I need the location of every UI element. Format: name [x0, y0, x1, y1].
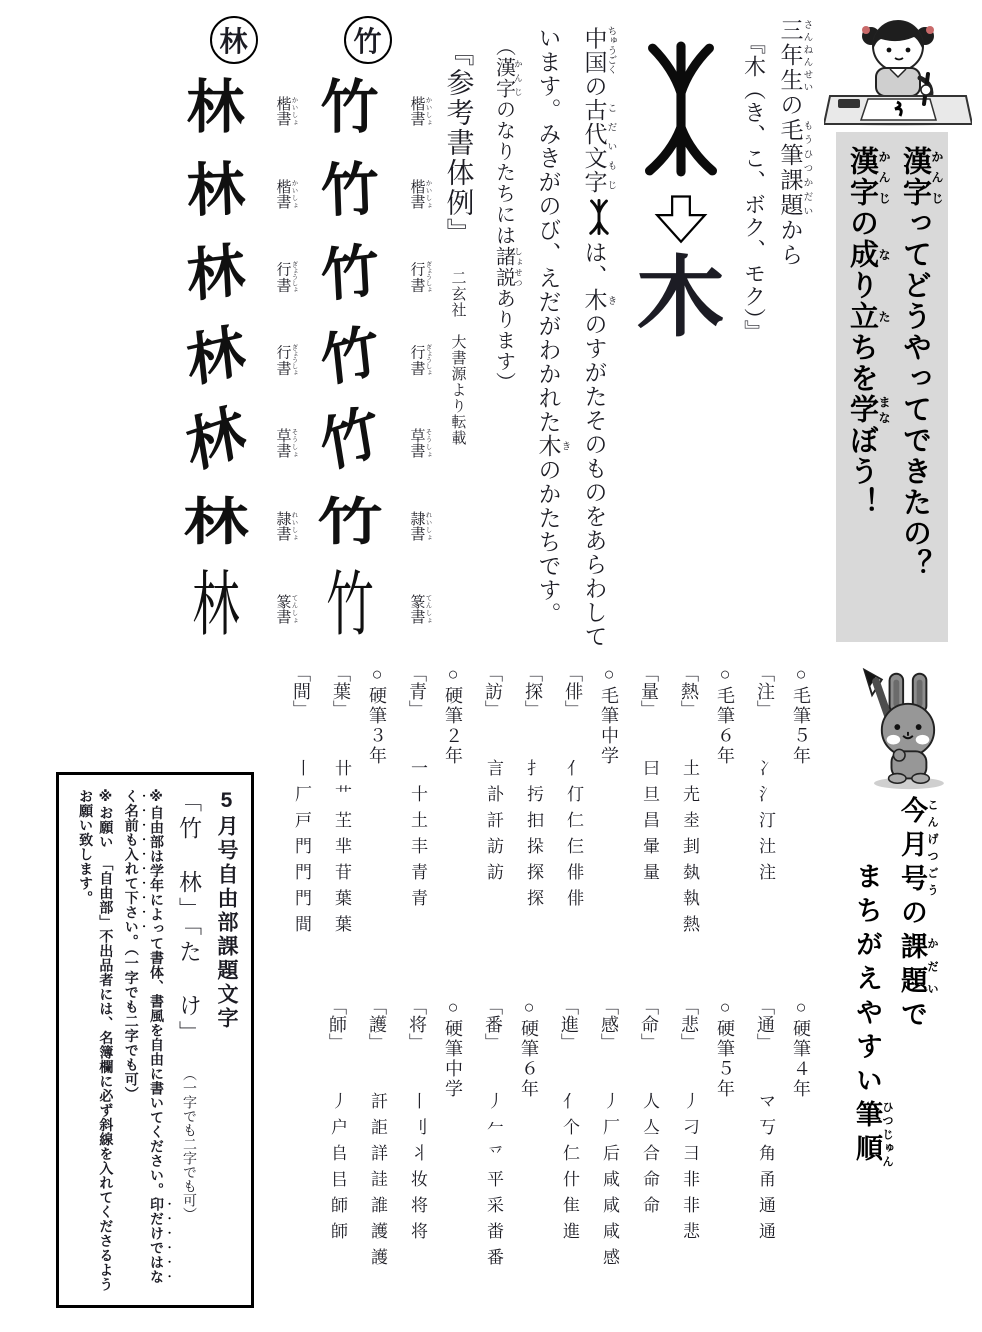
- stroke-step: 冫: [753, 759, 778, 776]
- calligraphy-sample: 竹 楷書かいしょ: [304, 149, 432, 232]
- kanji-stroke-column: 「命」 人亼合命命: [636, 995, 662, 1328]
- script-style-label: 楷書かいしょ: [396, 90, 432, 126]
- stroke-steps: 丿厂后咸咸咸感: [599, 1083, 619, 1265]
- stroke-step: 汀: [753, 811, 778, 828]
- stroke-steps: 丨厂戸門門門間: [291, 750, 311, 932]
- kanji-stroke-column: 「進」 亻个仁什隹進: [556, 995, 582, 1328]
- stroke-step: 埶: [677, 863, 702, 880]
- stroke-step: 咸: [597, 1222, 622, 1239]
- stroke-step: 刁: [677, 1118, 702, 1135]
- stroke-step: 門: [289, 863, 314, 880]
- stroke-step: 咸: [597, 1196, 622, 1213]
- kanji-label: 「命」: [636, 997, 662, 1051]
- calligraphy-sample-columns: 竹 竹 楷書かいしょ 竹 楷書かいしょ 竹 行書ぎょうしょ 竹: [170, 10, 432, 662]
- grade-heading: ○硬筆３年: [364, 662, 390, 995]
- kanji-stroke-column: 「注」 冫氵汀汢注: [752, 662, 778, 995]
- stroke-step: 汢: [753, 837, 778, 854]
- sample-character: 竹: [301, 318, 399, 396]
- sample-character: 林: [168, 239, 263, 308]
- calligraphy-sample: 竹 行書ぎょうしょ: [304, 315, 432, 398]
- notice-note-2: ※お願い 「自由部」不出品者には、名簿欄に必ず斜線を入れてくださるようお願い致し…: [76, 789, 117, 1295]
- grade-heading: ○硬筆中学: [440, 995, 466, 1328]
- grade-group: ○硬筆３年 「葉」 卄艹芏芈苷葉葉 「間」: [288, 662, 390, 995]
- kanji-label: 「進」: [556, 997, 582, 1051]
- kanji-label: 「悲」: [676, 997, 702, 1051]
- stroke-step: 扌: [521, 759, 546, 776]
- kanji-origin-section: 漢字かんじってどうやってできたの？ 漢字かんじの成なり立たちを学まなぼう！ 三年…: [0, 0, 982, 662]
- kanji-columns: 「番」 丿𠂉乊平采畨番: [480, 995, 506, 1328]
- grade-group: ○硬筆５年 「悲」 丿刁彐非非悲 「命」: [556, 995, 738, 1328]
- stroke-step: 感: [597, 1248, 622, 1265]
- stroke-step: 艹: [329, 785, 354, 802]
- script-style-label: 行書ぎょうしょ: [396, 255, 432, 293]
- notice-subject-note: （一字でも二字でも可）: [178, 1067, 198, 1221]
- down-arrow-icon: [650, 194, 712, 246]
- grade-group: ○硬筆２年 「青」 一十土丰青青: [404, 662, 466, 995]
- script-style-label: 行書ぎょうしょ: [262, 338, 298, 376]
- stroke-step: 角: [753, 1144, 778, 1161]
- kanji-stroke-column: 「訪」 言訃訐訪訪: [480, 662, 506, 995]
- grade-heading: ○硬筆５年: [712, 995, 738, 1328]
- notice-note-1-post: （一字でも二字でも可）: [124, 949, 140, 1102]
- stroke-step: 探: [521, 889, 546, 906]
- script-style-label: 行書ぎょうしょ: [396, 338, 432, 376]
- grade-heading: ○毛筆５年: [788, 662, 814, 995]
- stroke-step: 訃: [481, 785, 506, 802]
- paragraph-part-1: 中国ちゅうごくの古代文字こだいもじ: [582, 26, 607, 194]
- sample-character: 竹: [298, 497, 401, 548]
- calligraphy-sample: 林 篆書てんしょ: [170, 564, 298, 647]
- calligraphy-sample: 林 行書ぎょうしょ: [170, 315, 298, 398]
- sample-list: 林 楷書かいしょ 林 楷書かいしょ 林 行書ぎょうしょ 林 行書ぎょうしょ: [170, 66, 298, 647]
- stroke-step: 悲: [677, 1222, 702, 1239]
- ancient-tree-glyph-small: [587, 198, 611, 236]
- script-style-label: 篆書てんしょ: [396, 588, 432, 624]
- kanji-label: 「将」: [404, 997, 430, 1051]
- grade-group: ○硬筆６年 「番」 丿𠂉乊平采畨番: [480, 995, 542, 1328]
- stroke-order-rows: ○毛筆５年 「注」 冫氵汀汢注 ○毛筆６年: [266, 662, 814, 1328]
- grade-heading: ○硬筆４年: [788, 995, 814, 1328]
- stroke-step: 詿: [365, 1170, 390, 1187]
- stroke-order-title: 今月号こんげつごうの課題かだいで まちがえやすい筆順ひつじゅん: [848, 796, 938, 1326]
- sample-character: 林: [178, 570, 253, 641]
- sample-character: 林: [169, 160, 263, 221]
- notice-title: 5月号自由部課題文字: [211, 789, 241, 1295]
- stroke-step: 乊: [481, 1144, 506, 1161]
- circled-kanji: 竹: [344, 16, 392, 64]
- calligraphy-sample: 林 行書ぎょうしょ: [170, 232, 298, 315]
- stroke-step: 彐: [677, 1144, 702, 1161]
- sample-character: 林: [165, 395, 265, 484]
- stroke-step: 将: [405, 1196, 430, 1213]
- stroke-step: 一: [405, 759, 430, 776]
- kanji-stroke-column: 「間」 丨厂戸門門門間: [288, 662, 314, 995]
- kanji-label: 「葉」: [328, 664, 354, 718]
- sample-character: 林: [164, 497, 267, 548]
- calligraphy-sample: 竹 行書ぎょうしょ: [304, 232, 432, 315]
- stroke-step: 訪: [481, 837, 506, 854]
- stroke-step: 丨: [289, 759, 314, 776]
- stroke-step: 十: [405, 785, 430, 802]
- stroke-step: 什: [557, 1170, 582, 1187]
- stroke-step: 圥: [677, 785, 702, 802]
- stroke-step: 師: [325, 1222, 350, 1239]
- stroke-steps: 丿𠂉乊平采畨番: [483, 1083, 503, 1265]
- reference-column: 『参考書体例』 二玄社 大書源より転載: [438, 10, 478, 662]
- stroke-step: 量: [637, 863, 662, 880]
- stroke-steps: 曰旦昌暈量: [639, 750, 659, 880]
- circled-kanji: 林: [210, 16, 258, 64]
- stroke-step: 厂: [597, 1118, 622, 1135]
- stroke-step: 命: [637, 1170, 662, 1187]
- kanji-label: 「師」: [324, 997, 350, 1051]
- grade-group: ○硬筆４年 「通」 マ丂角甬通通: [752, 995, 814, 1328]
- stroke-step: 執: [677, 889, 702, 906]
- disclaimer-note: （漢字かんじのなりたちには諸説しょせつあります）: [490, 10, 523, 662]
- stroke-step: 探: [521, 863, 546, 880]
- subject-heading: 『木（き、こ、ボク、モク）』: [739, 10, 770, 662]
- calligraphy-sample-column: 竹 竹 楷書かいしょ 竹 楷書かいしょ 竹 行書ぎょうしょ 竹: [304, 10, 432, 647]
- kanji-label: 「番」: [480, 997, 506, 1051]
- sample-character: 林: [167, 318, 265, 396]
- stroke-step: 言: [481, 759, 506, 776]
- stroke-step: 昌: [637, 811, 662, 828]
- calligraphy-sample-column: 林 林 楷書かいしょ 林 楷書かいしょ 林 行書ぎょうしょ 林: [170, 10, 298, 647]
- stroke-step: 通: [753, 1222, 778, 1239]
- stroke-step: 護: [365, 1222, 390, 1239]
- stroke-steps: 土圥坴刲埶執熱: [679, 750, 699, 932]
- calligraphy-sample: 竹 楷書かいしょ: [304, 66, 432, 149]
- stroke-step: 隹: [557, 1196, 582, 1213]
- calligraphy-sample: 林 草書そうしょ: [170, 398, 298, 481]
- stroke-step: 苷: [329, 863, 354, 880]
- stroke-step: 土: [405, 811, 430, 828]
- stroke-step: 俳: [561, 889, 586, 906]
- stroke-step: 丨: [405, 1092, 430, 1109]
- stroke-order-title-line-1: 今月号こんげつごうの課題かだいで: [893, 796, 938, 1326]
- sample-character: 竹: [304, 79, 396, 137]
- stroke-step: 将: [405, 1222, 430, 1239]
- stroke-step: 挆: [521, 837, 546, 854]
- kanji-label: 「探」: [520, 664, 546, 718]
- notice-subject-characters: 「竹 林」「た け」: [176, 789, 201, 1048]
- kanji-label: 「通」: [752, 997, 778, 1051]
- stroke-steps: 訐詎詳詿誰護護: [367, 1083, 387, 1265]
- stroke-step: 丂: [753, 1118, 778, 1135]
- kanji-stroke-column: 「葉」 卄艹芏芈苷葉葉: [328, 662, 354, 995]
- calligraphy-sample: 林 楷書かいしょ: [170, 66, 298, 149]
- explanation-paragraph: 中国ちゅうごくの古代文字こだいもじ は、木きのすがたそのものをあらわしています。…: [525, 10, 617, 666]
- character-evolution: 木: [625, 10, 737, 344]
- script-style-label: 草書そうしょ: [396, 422, 432, 458]
- course-heading: 三年生さんねんせいの毛筆課題もうひつかだいから: [774, 10, 813, 662]
- reference-title: 『参考書体例』: [443, 38, 474, 248]
- kanji-stroke-column: 「俳」 亻仃仁仨俳俳: [560, 662, 586, 995]
- stroke-step: 師: [325, 1196, 350, 1213]
- kanji-columns: 「悲」 丿刁彐非非悲 「命」 人亼合命命 「感」: [556, 995, 702, 1328]
- stroke-step: 誰: [365, 1196, 390, 1213]
- notice-subject: 「竹 林」「た け」 （一字でも二字でも可）: [172, 789, 205, 1295]
- stroke-step: 卄: [329, 759, 354, 776]
- kanji-label: 「青」: [404, 664, 430, 718]
- newsletter-page: { "header": { "title_line1": [{"t":"漢字",…: [0, 0, 982, 1332]
- grade-heading: ○毛筆６年: [712, 662, 738, 995]
- modern-tree-character: 木: [625, 256, 737, 344]
- kanji-label: 「注」: [752, 664, 778, 718]
- kanji-label: 「量」: [636, 664, 662, 718]
- stroke-step: 丰: [405, 837, 430, 854]
- stroke-step: 注: [753, 863, 778, 880]
- stroke-step: 進: [557, 1222, 582, 1239]
- kanji-columns: 「熱」 土圥坴刲埶執熱 「量」 曰旦昌暈量: [636, 662, 702, 995]
- rabbit-brush-illustration: [848, 666, 966, 792]
- stroke-step: 仁: [561, 811, 586, 828]
- kanji-stroke-column: 「通」 マ丂角甬通通: [752, 995, 778, 1328]
- stroke-step: 采: [481, 1196, 506, 1213]
- stroke-step: 戸: [289, 811, 314, 828]
- stroke-step: 刂: [405, 1118, 430, 1135]
- notice-title-text: 月号自由部課題文字: [215, 815, 238, 1031]
- calligraphy-sample: 竹 草書そうしょ: [304, 398, 432, 481]
- stroke-step: 亻: [561, 759, 586, 776]
- stroke-step: 坴: [677, 811, 702, 828]
- stroke-step: 户: [325, 1118, 350, 1135]
- kanji-stroke-column: 「護」 訐詎詳詿誰護護: [364, 995, 390, 1328]
- stroke-step: 后: [597, 1144, 622, 1161]
- kanji-columns: 「青」 一十土丰青青: [404, 662, 430, 995]
- main-title-box: 漢字かんじってどうやってできたの？ 漢字かんじの成なり立たちを学まなぼう！: [836, 132, 948, 642]
- stroke-step: 青: [405, 889, 430, 906]
- stroke-step: 氵: [753, 785, 778, 802]
- stroke-steps: 亻个仁什隹進: [559, 1083, 579, 1239]
- stroke-steps: 一十土丰青青: [407, 750, 427, 906]
- stroke-step: 青: [405, 863, 430, 880]
- stroke-step: 畨: [481, 1222, 506, 1239]
- stroke-order-row-1: ○毛筆５年 「注」 冫氵汀汢注 ○毛筆６年: [266, 662, 814, 995]
- sample-character: 竹: [299, 395, 399, 484]
- stroke-step: 通: [753, 1196, 778, 1213]
- stroke-step: 詳: [365, 1144, 390, 1161]
- stroke-step: 熱: [677, 915, 702, 932]
- kanji-stroke-column: 「番」 丿𠂉乊平采畨番: [480, 995, 506, 1328]
- stroke-step: 間: [289, 915, 314, 932]
- kanji-stroke-column: 「感」 丿厂后咸咸咸感: [596, 995, 622, 1328]
- calligraphy-sample: 竹 篆書てんしょ: [304, 564, 432, 647]
- stroke-steps: 亻仃仁仨俳俳: [563, 750, 583, 906]
- sample-character: 竹: [312, 570, 387, 641]
- kanji-stroke-column: 「量」 曰旦昌暈量: [636, 662, 662, 995]
- stroke-steps: 丿户𠂤㠯師師: [327, 1083, 347, 1239]
- stroke-step: 非: [677, 1170, 702, 1187]
- stroke-step: 土: [677, 759, 702, 776]
- kanji-stroke-column: 「将」 丨刂丬妆将将: [404, 995, 430, 1328]
- stroke-step: 曰: [637, 759, 662, 776]
- kanji-label: 「訪」: [480, 664, 506, 718]
- stroke-step: 葉: [329, 915, 354, 932]
- stroke-step: 𠂉: [481, 1118, 506, 1135]
- stroke-step: 詎: [365, 1118, 390, 1135]
- stroke-step: 平: [481, 1170, 506, 1187]
- script-style-label: 楷書かいしょ: [262, 90, 298, 126]
- kanji-columns: 「注」 冫氵汀汢注: [752, 662, 778, 995]
- kanji-stroke-column: 「熱」 土圥坴刲埶執熱: [676, 662, 702, 995]
- stroke-step: 个: [557, 1118, 582, 1135]
- stroke-step: 俳: [561, 863, 586, 880]
- girl-calligraphy-illustration: [824, 12, 972, 126]
- stroke-step: 芏: [329, 811, 354, 828]
- stroke-step: 丿: [597, 1092, 622, 1109]
- ancient-tree-glyph: [633, 38, 729, 180]
- stroke-step: 人: [637, 1092, 662, 1109]
- stroke-step: 丿: [325, 1092, 350, 1109]
- stroke-step: 暈: [637, 837, 662, 854]
- kanji-columns: 「葉」 卄艹芏芈苷葉葉 「間」 丨厂戸門門門間: [288, 662, 354, 995]
- sample-list: 竹 楷書かいしょ 竹 楷書かいしょ 竹 行書ぎょうしょ 竹 行書ぎょうしょ: [304, 66, 432, 647]
- stroke-step: 合: [637, 1144, 662, 1161]
- notice-note-1: ※自由部は学年によって書体、書風を自由に書いてください。印だけではなく名前も入れ…: [121, 789, 172, 1295]
- stroke-step: 抇: [521, 811, 546, 828]
- stroke-step: マ: [753, 1092, 778, 1109]
- stroke-step: 刲: [677, 837, 702, 854]
- free-section-notice-box: 5月号自由部課題文字 「竹 林」「た け」 （一字でも二字でも可） ※自由部は学…: [56, 772, 254, 1308]
- stroke-step: 葉: [329, 889, 354, 906]
- grade-group: ○毛筆５年 「注」 冫氵汀汢注: [752, 662, 814, 995]
- stroke-steps: 丿刁彐非非悲: [679, 1083, 699, 1239]
- stroke-steps: マ丂角甬通通: [755, 1083, 775, 1239]
- sample-character: 林: [170, 79, 262, 137]
- stroke-step: 芈: [329, 837, 354, 854]
- stroke-steps: 卄艹芏芈苷葉葉: [331, 750, 351, 932]
- script-style-label: 楷書かいしょ: [262, 173, 298, 209]
- kanji-columns: 「俳」 亻仃仁仨俳俳 「探」 扌扝抇挆探探 「訪」: [480, 662, 586, 995]
- calligraphy-sample: 林 隷書れいしょ: [170, 481, 298, 564]
- stroke-order-row-2: ○硬筆４年 「通」 マ丂角甬通通 ○硬筆５年: [266, 995, 814, 1328]
- script-style-label: 草書そうしょ: [262, 422, 298, 458]
- stroke-step: 扝: [521, 785, 546, 802]
- stroke-step: 甬: [753, 1170, 778, 1187]
- grade-heading: ○硬筆２年: [440, 662, 466, 995]
- stroke-order-title-column: 今月号こんげつごうの課題かだいで まちがえやすい筆順ひつじゅん: [840, 662, 970, 1328]
- stroke-step: 亼: [637, 1118, 662, 1135]
- stroke-step: 訐: [365, 1092, 390, 1109]
- stroke-step: 訐: [481, 811, 506, 828]
- stroke-steps: 冫氵汀汢注: [755, 750, 775, 880]
- kanji-stroke-column: 「悲」 丿刁彐非非悲: [676, 995, 702, 1328]
- stroke-steps: 言訃訐訪訪: [483, 750, 503, 880]
- kanji-columns: 「将」 丨刂丬妆将将 「護」 訐詎詳詿誰護護 「師」: [324, 995, 430, 1328]
- stroke-step: 仨: [561, 837, 586, 854]
- calligraphy-sample: 林 楷書かいしょ: [170, 149, 298, 232]
- stroke-steps: 丨刂丬妆将将: [407, 1083, 427, 1239]
- stroke-step: 𠂤: [325, 1144, 350, 1161]
- script-style-label: 行書ぎょうしょ: [262, 255, 298, 293]
- kanji-label: 「熱」: [676, 664, 702, 718]
- stroke-step: 妆: [405, 1170, 430, 1187]
- reference-credit: 二玄社 大書源より転載: [448, 270, 469, 446]
- script-style-label: 楷書かいしょ: [396, 173, 432, 209]
- stroke-step: 訪: [481, 863, 506, 880]
- grade-heading: ○硬筆６年: [516, 995, 542, 1328]
- stroke-order-title-line-2: まちがえやすい筆順ひつじゅん: [848, 796, 893, 1326]
- grade-group: ○毛筆６年 「熱」 土圥坴刲埶執熱 「量」: [636, 662, 738, 995]
- stroke-steps: 人亼合命命: [639, 1083, 659, 1213]
- main-title-line-1: 漢字かんじってどうやってできたの？: [891, 146, 944, 632]
- kanji-label: 「俳」: [560, 664, 586, 718]
- sample-character: 竹: [302, 239, 397, 308]
- stroke-step: 門: [289, 837, 314, 854]
- grade-group: ○毛筆中学 「俳」 亻仃仁仨俳俳 「探」: [480, 662, 622, 995]
- stroke-step: 亻: [557, 1092, 582, 1109]
- stroke-step: 仁: [557, 1144, 582, 1161]
- main-title-line-2: 漢字かんじの成なり立たちを学まなぼう！: [838, 146, 891, 632]
- grade-heading: ○毛筆中学: [596, 662, 622, 995]
- kanji-label: 「間」: [288, 664, 314, 718]
- stroke-step: 㠯: [325, 1170, 350, 1187]
- kanji-label: 「感」: [596, 997, 622, 1051]
- stroke-step: 厂: [289, 785, 314, 802]
- stroke-step: 仃: [561, 785, 586, 802]
- kanji-stroke-column: 「師」 丿户𠂤㠯師師: [324, 995, 350, 1328]
- kanji-stroke-column: 「青」 一十土丰青青: [404, 662, 430, 995]
- stroke-step: 丬: [405, 1144, 430, 1161]
- stroke-step: 命: [637, 1196, 662, 1213]
- stroke-step: 番: [481, 1248, 506, 1265]
- kanji-label: 「護」: [364, 997, 390, 1051]
- stroke-steps: 扌扝抇挆探探: [523, 750, 543, 906]
- kanji-columns: 「通」 マ丂角甬通通: [752, 995, 778, 1328]
- title-column: 漢字かんじってどうやってできたの？ 漢字かんじの成なり立たちを学まなぼう！: [822, 10, 974, 655]
- kanji-stroke-column: 「探」 扌扝抇挆探探: [520, 662, 546, 995]
- stroke-step: 丿: [481, 1092, 506, 1109]
- notice-note-1-pre: ※自由部は学年によって書体、書風を自由に書いてください。: [149, 789, 165, 1197]
- stroke-step: 非: [677, 1196, 702, 1213]
- calligraphy-sample: 竹 隷書れいしょ: [304, 481, 432, 564]
- grade-group: ○硬筆中学 「将」 丨刂丬妆将将 「護」: [324, 995, 466, 1328]
- stroke-step: 咸: [597, 1170, 622, 1187]
- stroke-step: 護: [365, 1248, 390, 1265]
- script-style-label: 篆書てんしょ: [262, 588, 298, 624]
- stroke-step: 門: [289, 889, 314, 906]
- notice-title-number: 5: [215, 789, 238, 815]
- sample-character: 竹: [303, 160, 397, 221]
- stroke-step: 丿: [677, 1092, 702, 1109]
- stroke-step: 旦: [637, 785, 662, 802]
